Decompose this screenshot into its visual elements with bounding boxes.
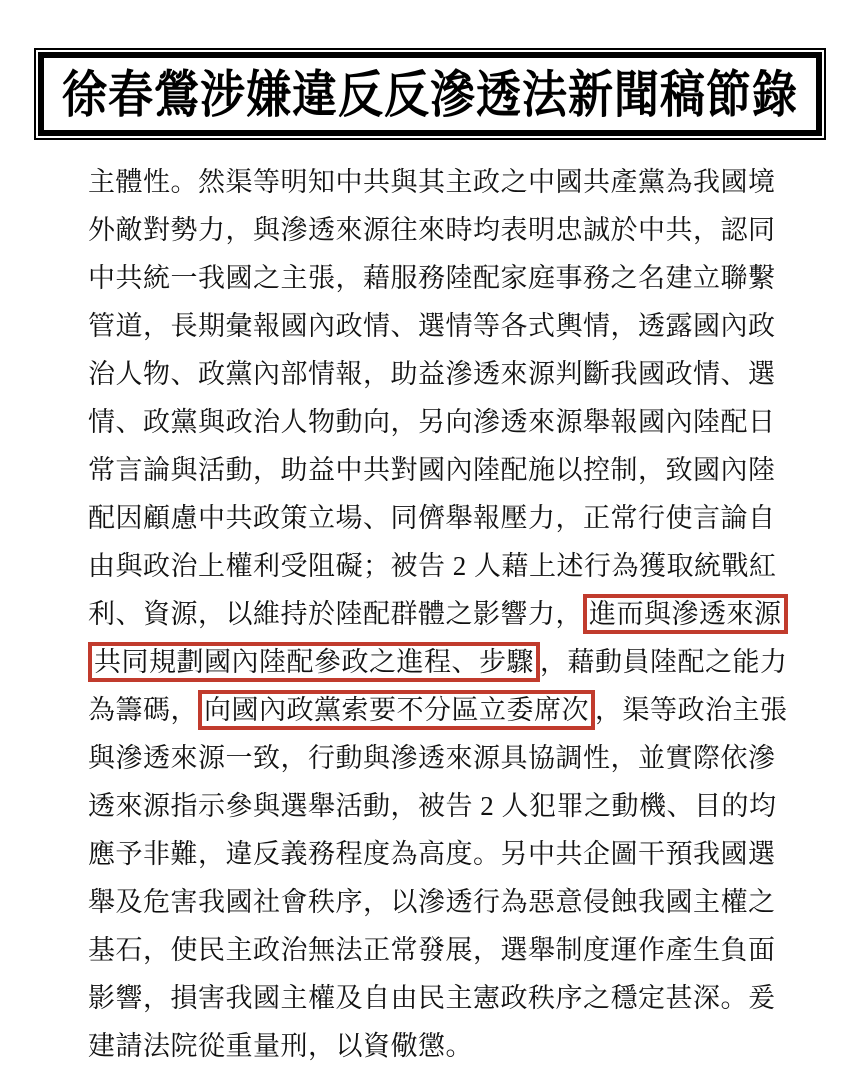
document-body: 主體性。然渠等明知中共與其主政之中國共產黨為我國境外敵對勢力，與滲透來源往來時均… <box>88 158 774 1070</box>
text-segment: 舉及危害我國社會秩序，以滲透行為惡意侵蝕我國主權之 <box>88 887 776 917</box>
title-box: 徐春鶯涉嫌違反反滲透法新聞稿節錄 <box>38 52 822 136</box>
body-line: 配因顧慮中共政策立場、同儕舉報壓力，正常行使言論自 <box>88 494 774 542</box>
text-segment: 由與政治上權利受阻礙；被告 2 人藉上述行為獲取統戰紅 <box>88 551 777 581</box>
body-line: 治人物、政黨內部情報，助益滲透來源判斷我國政情、選 <box>88 350 774 398</box>
text-segment: 影響，損害我國主權及自由民主憲政秩序之穩定甚深。爰 <box>88 983 776 1013</box>
body-line: 與滲透來源一致，行動與滲透來源具協調性，並實際依滲 <box>88 734 774 782</box>
text-segment: 為籌碼， <box>88 695 198 725</box>
body-line: 利、資源，以維持於陸配群體之影響力，進而與滲透來源 <box>88 590 774 638</box>
body-line: 管道，長期彙報國內政情、選情等各式輿情，透露國內政 <box>88 302 774 350</box>
highlighted-phrase: 共同規劃國內陸配參政之進程、步驟 <box>88 642 540 682</box>
text-segment: 透來源指示參與選舉活動，被告 2 人犯罪之動機、目的均 <box>88 791 777 821</box>
document-title: 徐春鶯涉嫌違反反滲透法新聞稿節錄 <box>56 69 804 119</box>
text-segment: ，渠等政治主張 <box>595 695 788 725</box>
body-line: 主體性。然渠等明知中共與其主政之中國共產黨為我國境 <box>88 158 774 206</box>
body-line: 由與政治上權利受阻礙；被告 2 人藉上述行為獲取統戰紅 <box>88 542 774 590</box>
text-segment: 配因顧慮中共政策立場、同儕舉報壓力，正常行使言論自 <box>88 503 776 533</box>
text-segment: 管道，長期彙報國內政情、選情等各式輿情，透露國內政 <box>88 311 776 341</box>
text-segment: ，藉動員陸配之能力 <box>540 647 788 677</box>
body-line: 舉及危害我國社會秩序，以滲透行為惡意侵蝕我國主權之 <box>88 878 774 926</box>
body-line: 應予非難，違反義務程度為高度。另中共企圖干預我國選 <box>88 830 774 878</box>
body-line: 基石，使民主政治無法正常發展，選舉制度運作產生負面 <box>88 926 774 974</box>
document-page: 徐春鶯涉嫌違反反滲透法新聞稿節錄 主體性。然渠等明知中共與其主政之中國共產黨為我… <box>0 0 859 1080</box>
text-segment: 主體性。然渠等明知中共與其主政之中國共產黨為我國境 <box>88 167 776 197</box>
highlighted-phrase: 向國內政黨索要不分區立委席次 <box>198 690 595 730</box>
text-segment: 常言論與活動，助益中共對國內陸配施以控制，致國內陸 <box>88 455 776 485</box>
body-line: 情、政黨與政治人物動向，另向滲透來源舉報國內陸配日 <box>88 398 774 446</box>
text-segment: 建請法院從重量刑，以資儆懲。 <box>88 1031 473 1061</box>
body-line: 中共統一我國之主張，藉服務陸配家庭事務之名建立聯繫 <box>88 254 774 302</box>
body-line: 建請法院從重量刑，以資儆懲。 <box>88 1022 774 1070</box>
text-segment: 外敵對勢力，與滲透來源往來時均表明忠誠於中共，認同 <box>88 215 776 245</box>
body-line: 影響，損害我國主權及自由民主憲政秩序之穩定甚深。爰 <box>88 974 774 1022</box>
body-line: 外敵對勢力，與滲透來源往來時均表明忠誠於中共，認同 <box>88 206 774 254</box>
text-segment: 中共統一我國之主張，藉服務陸配家庭事務之名建立聯繫 <box>88 263 776 293</box>
body-line: 透來源指示參與選舉活動，被告 2 人犯罪之動機、目的均 <box>88 782 774 830</box>
text-segment: 與滲透來源一致，行動與滲透來源具協調性，並實際依滲 <box>88 743 776 773</box>
body-line: 常言論與活動，助益中共對國內陸配施以控制，致國內陸 <box>88 446 774 494</box>
text-segment: 情、政黨與政治人物動向，另向滲透來源舉報國內陸配日 <box>88 407 776 437</box>
text-segment: 利、資源，以維持於陸配群體之影響力， <box>88 599 583 629</box>
body-line: 為籌碼，向國內政黨索要不分區立委席次，渠等政治主張 <box>88 686 774 734</box>
body-line: 共同規劃國內陸配參政之進程、步驟，藉動員陸配之能力 <box>88 638 774 686</box>
text-segment: 應予非難，違反義務程度為高度。另中共企圖干預我國選 <box>88 839 776 869</box>
text-segment: 基石，使民主政治無法正常發展，選舉制度運作產生負面 <box>88 935 776 965</box>
highlighted-phrase: 進而與滲透來源 <box>583 594 788 634</box>
text-segment: 治人物、政黨內部情報，助益滲透來源判斷我國政情、選 <box>88 359 776 389</box>
